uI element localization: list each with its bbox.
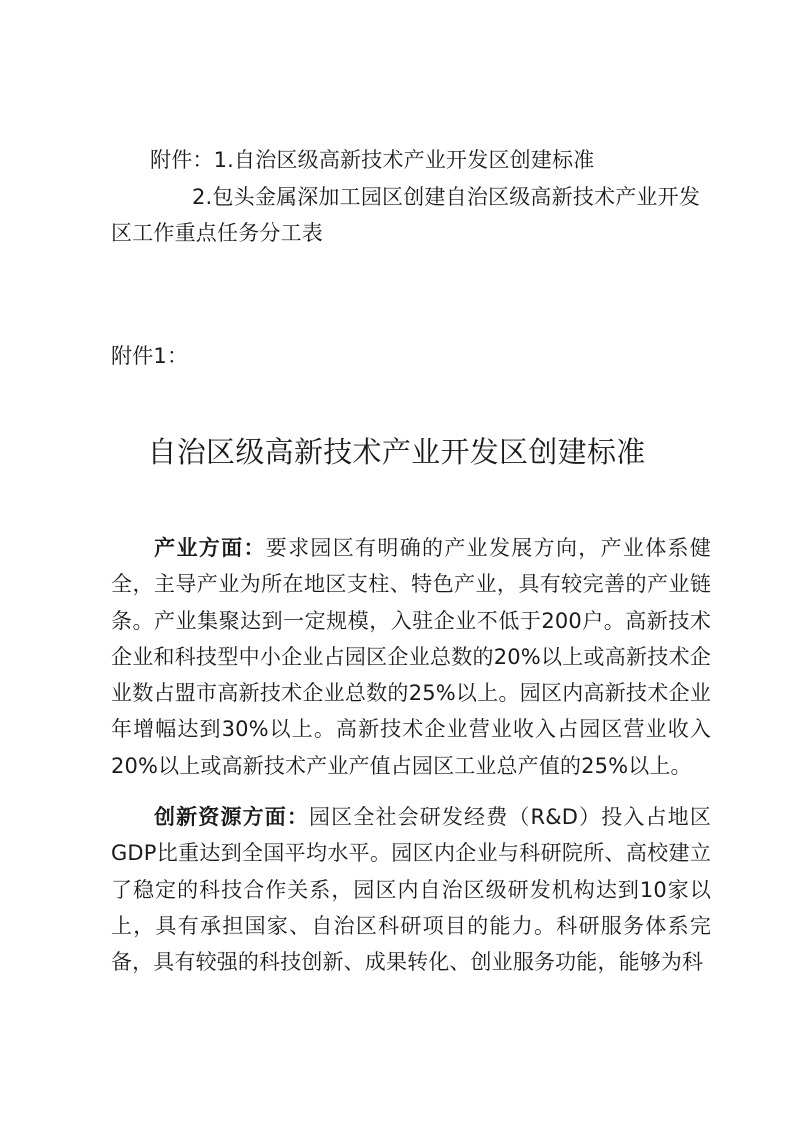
document-page: 附件：1.自治区级高新技术产业开发区创建标准 2.包头金属深加工园区创建自治区级… — [0, 0, 793, 1122]
attachment-item-1: 1.自治区级高新技术产业开发区创建标准 — [214, 148, 595, 172]
section-heading: 产业方面： — [153, 536, 266, 560]
attachments-label: 附件： — [150, 148, 214, 172]
attachment-header: 附件1： — [111, 343, 188, 369]
section-heading: 创新资源方面： — [153, 805, 309, 829]
attachment-item-2-line-2: 区工作重点任务分工表 — [111, 220, 323, 246]
attachments-line-1: 附件：1.自治区级高新技术产业开发区创建标准 — [150, 147, 594, 173]
section-body: 要求园区有明确的产业发展方向，产业体系健全，主导产业为所在地区支柱、特色产业，具… — [111, 536, 711, 778]
document-title: 自治区级高新技术产业开发区创建标准 — [0, 434, 793, 470]
section-innovation-resources: 创新资源方面：园区全社会研发经费（R&D）投入占地区GDP比重达到全国平均水平。… — [111, 799, 711, 980]
section-body: 园区全社会研发经费（R&D）投入占地区GDP比重达到全国平均水平。园区内企业与科… — [111, 805, 711, 974]
attachment-item-2-line-1: 2.包头金属深加工园区创建自治区级高新技术产业开发 — [192, 184, 700, 210]
section-industry: 产业方面：要求园区有明确的产业发展方向，产业体系健全，主导产业为所在地区支柱、特… — [111, 530, 711, 784]
